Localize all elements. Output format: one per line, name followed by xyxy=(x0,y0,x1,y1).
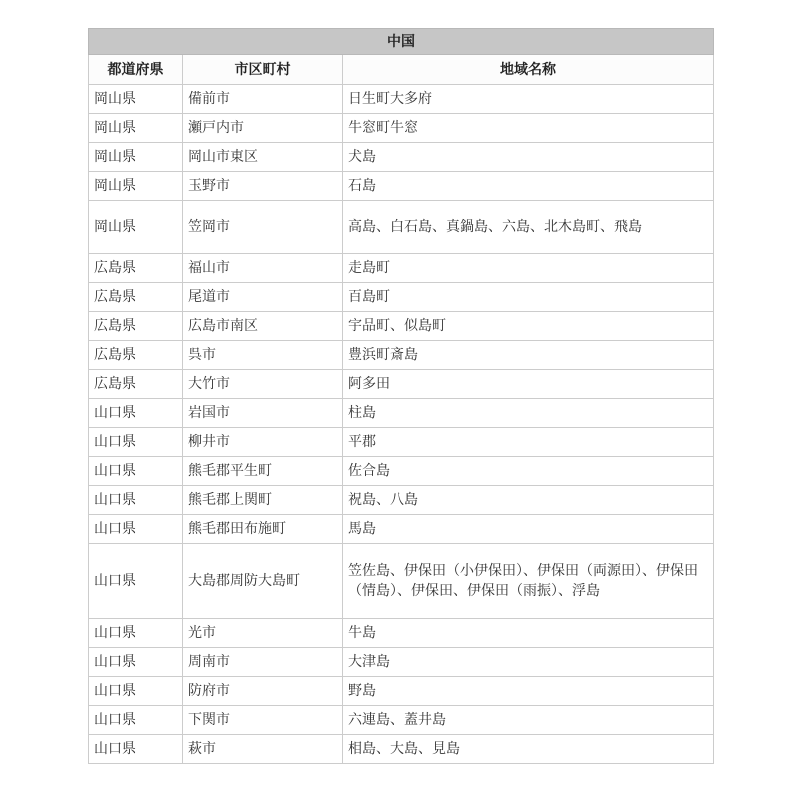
area-cell: 走島町 xyxy=(343,254,714,283)
table-row: 広島県呉市豊浜町斎島 xyxy=(89,341,714,370)
pref-cell: 山口県 xyxy=(89,648,183,677)
pref-cell: 岡山県 xyxy=(89,201,183,254)
city-cell: 尾道市 xyxy=(183,283,343,312)
region-title-row: 中国 xyxy=(89,29,714,55)
col-header-municipality: 市区町村 xyxy=(183,55,343,85)
city-cell: 笠岡市 xyxy=(183,201,343,254)
area-cell: 牛窓町牛窓 xyxy=(343,114,714,143)
col-header-prefecture: 都道府県 xyxy=(89,55,183,85)
city-cell: 防府市 xyxy=(183,677,343,706)
city-cell: 熊毛郡上関町 xyxy=(183,486,343,515)
city-cell: 瀬戸内市 xyxy=(183,114,343,143)
pref-cell: 山口県 xyxy=(89,515,183,544)
pref-cell: 山口県 xyxy=(89,706,183,735)
city-cell: 大島郡周防大島町 xyxy=(183,544,343,619)
table-row: 岡山県備前市日生町大多府 xyxy=(89,85,714,114)
table-row: 山口県熊毛郡平生町佐合島 xyxy=(89,457,714,486)
area-cell: 日生町大多府 xyxy=(343,85,714,114)
table-row: 山口県熊毛郡上関町祝島、八島 xyxy=(89,486,714,515)
pref-cell: 山口県 xyxy=(89,619,183,648)
table-row: 山口県周南市大津島 xyxy=(89,648,714,677)
pref-cell: 山口県 xyxy=(89,486,183,515)
area-cell: 高島、白石島、真鍋島、六島、北木島町、飛島 xyxy=(343,201,714,254)
table-row: 広島県広島市南区宇品町、似島町 xyxy=(89,312,714,341)
area-cell: 祝島、八島 xyxy=(343,486,714,515)
city-cell: 柳井市 xyxy=(183,428,343,457)
pref-cell: 山口県 xyxy=(89,399,183,428)
city-cell: 備前市 xyxy=(183,85,343,114)
area-cell: 石島 xyxy=(343,172,714,201)
city-cell: 広島市南区 xyxy=(183,312,343,341)
city-cell: 呉市 xyxy=(183,341,343,370)
pref-cell: 広島県 xyxy=(89,312,183,341)
table-row: 山口県防府市野島 xyxy=(89,677,714,706)
column-header-row: 都道府県 市区町村 地域名称 xyxy=(89,55,714,85)
area-cell: 豊浜町斎島 xyxy=(343,341,714,370)
pref-cell: 山口県 xyxy=(89,457,183,486)
area-cell: 牛島 xyxy=(343,619,714,648)
area-cell: 阿多田 xyxy=(343,370,714,399)
table-row: 山口県光市牛島 xyxy=(89,619,714,648)
pref-cell: 山口県 xyxy=(89,677,183,706)
table-row: 山口県大島郡周防大島町笠佐島、伊保田（小伊保田）、伊保田（両源田）、伊保田（情島… xyxy=(89,544,714,619)
pref-cell: 岡山県 xyxy=(89,114,183,143)
area-cell: 宇品町、似島町 xyxy=(343,312,714,341)
area-cell: 柱島 xyxy=(343,399,714,428)
area-cell: 笠佐島、伊保田（小伊保田）、伊保田（両源田）、伊保田（情島）、伊保田、伊保田（雨… xyxy=(343,544,714,619)
city-cell: 福山市 xyxy=(183,254,343,283)
city-cell: 下関市 xyxy=(183,706,343,735)
pref-cell: 広島県 xyxy=(89,283,183,312)
area-cell: 犬島 xyxy=(343,143,714,172)
table-row: 山口県柳井市平郡 xyxy=(89,428,714,457)
area-cell: 野島 xyxy=(343,677,714,706)
area-cell: 相島、大島、見島 xyxy=(343,735,714,764)
pref-cell: 広島県 xyxy=(89,370,183,399)
pref-cell: 山口県 xyxy=(89,544,183,619)
col-header-area-name: 地域名称 xyxy=(343,55,714,85)
table-row: 広島県尾道市百島町 xyxy=(89,283,714,312)
area-cell: 平郡 xyxy=(343,428,714,457)
table-row: 山口県岩国市柱島 xyxy=(89,399,714,428)
table-row: 岡山県岡山市東区犬島 xyxy=(89,143,714,172)
table-row: 岡山県笠岡市高島、白石島、真鍋島、六島、北木島町、飛島 xyxy=(89,201,714,254)
pref-cell: 岡山県 xyxy=(89,85,183,114)
table-row: 岡山県玉野市石島 xyxy=(89,172,714,201)
region-island-table: 中国 都道府県 市区町村 地域名称 岡山県備前市日生町大多府岡山県瀬戸内市牛窓町… xyxy=(88,28,714,764)
city-cell: 熊毛郡田布施町 xyxy=(183,515,343,544)
city-cell: 光市 xyxy=(183,619,343,648)
region-title: 中国 xyxy=(89,29,714,55)
city-cell: 大竹市 xyxy=(183,370,343,399)
city-cell: 岡山市東区 xyxy=(183,143,343,172)
area-cell: 百島町 xyxy=(343,283,714,312)
pref-cell: 山口県 xyxy=(89,428,183,457)
pref-cell: 広島県 xyxy=(89,341,183,370)
table-row: 山口県熊毛郡田布施町馬島 xyxy=(89,515,714,544)
table-row: 広島県大竹市阿多田 xyxy=(89,370,714,399)
city-cell: 萩市 xyxy=(183,735,343,764)
pref-cell: 広島県 xyxy=(89,254,183,283)
area-cell: 大津島 xyxy=(343,648,714,677)
pref-cell: 山口県 xyxy=(89,735,183,764)
pref-cell: 岡山県 xyxy=(89,172,183,201)
table-row: 山口県萩市相島、大島、見島 xyxy=(89,735,714,764)
area-cell: 六連島、蓋井島 xyxy=(343,706,714,735)
city-cell: 岩国市 xyxy=(183,399,343,428)
table-row: 岡山県瀬戸内市牛窓町牛窓 xyxy=(89,114,714,143)
pref-cell: 岡山県 xyxy=(89,143,183,172)
city-cell: 熊毛郡平生町 xyxy=(183,457,343,486)
city-cell: 周南市 xyxy=(183,648,343,677)
region-island-table-container: 中国 都道府県 市区町村 地域名称 岡山県備前市日生町大多府岡山県瀬戸内市牛窓町… xyxy=(88,28,713,764)
area-cell: 佐合島 xyxy=(343,457,714,486)
city-cell: 玉野市 xyxy=(183,172,343,201)
area-cell: 馬島 xyxy=(343,515,714,544)
table-body: 岡山県備前市日生町大多府岡山県瀬戸内市牛窓町牛窓岡山県岡山市東区犬島岡山県玉野市… xyxy=(89,85,714,764)
table-row: 広島県福山市走島町 xyxy=(89,254,714,283)
table-row: 山口県下関市六連島、蓋井島 xyxy=(89,706,714,735)
